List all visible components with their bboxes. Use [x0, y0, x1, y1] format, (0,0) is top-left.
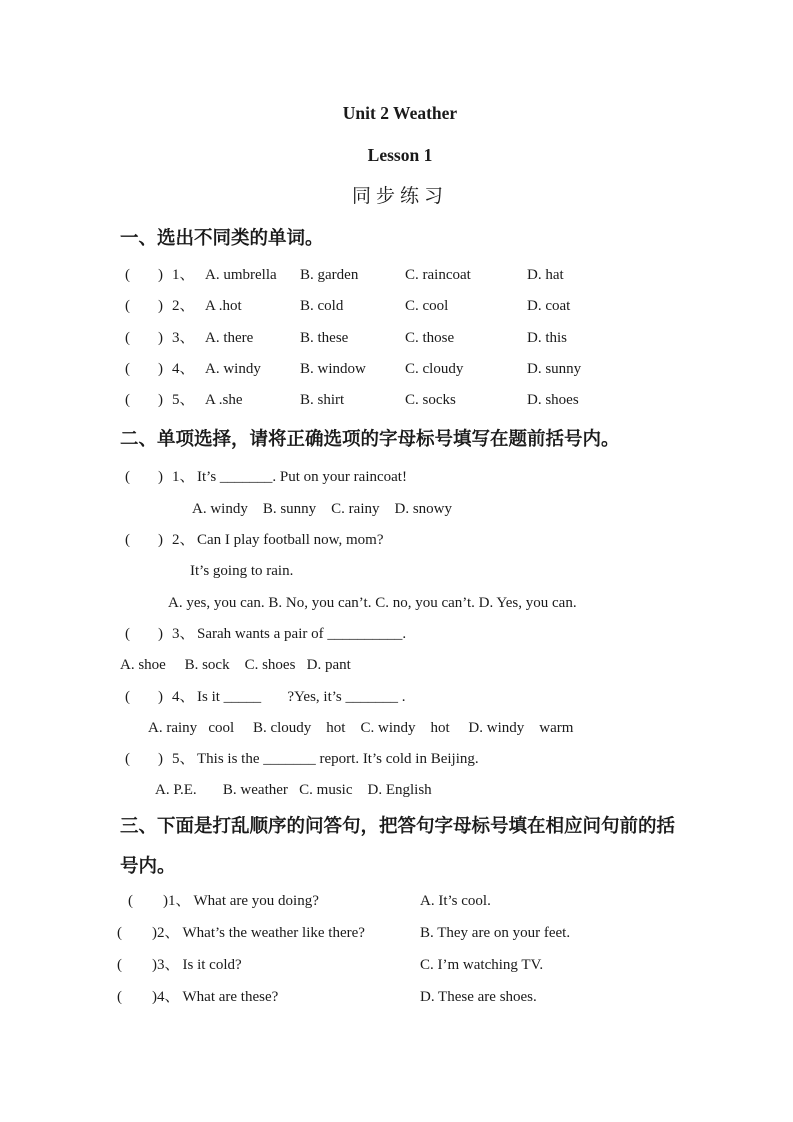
answer-bracket: ()5、: [125, 385, 205, 416]
open-paren: (: [125, 744, 158, 775]
question-number: 3、: [172, 626, 195, 642]
option-d: D. this: [527, 323, 567, 354]
answer-text: B. They are on your feet.: [420, 917, 570, 949]
option-d: D. shoes: [527, 385, 579, 416]
section-1-heading: 一、选出不同类的单词。: [120, 224, 680, 254]
section-1-items: ()1、A. umbrellaB. gardenC. raincoatD. ha…: [120, 260, 680, 416]
answer-bracket: ()4、: [125, 354, 205, 385]
close-paren-number: )3、: [152, 957, 180, 973]
answer-bracket: ()2、: [125, 291, 205, 322]
exercise-subtitle: 同步练习: [120, 176, 680, 218]
close-paren: ): [158, 751, 163, 767]
option-a: A .hot: [205, 291, 300, 322]
question-number: 2、: [172, 532, 195, 548]
options-text: It’s going to rain.: [190, 563, 293, 579]
option-b: B. garden: [300, 260, 405, 291]
options-line: A. windy B. sunny C. rainy D. snowy: [120, 494, 680, 525]
question-text: It’s _______. Put on your raincoat!: [197, 462, 407, 493]
matching-row: ()4、What are these?D. These are shoes.: [117, 981, 680, 1013]
options-line: A. rainy cool B. cloudy hot C. windy hot…: [120, 713, 680, 744]
options-text: A. windy B. sunny C. rainy D. snowy: [192, 501, 452, 517]
close-paren: ): [158, 626, 163, 642]
open-paren: (: [117, 917, 152, 949]
open-paren: (: [125, 260, 158, 291]
question-number: 4、: [172, 361, 195, 377]
open-paren: (: [128, 885, 163, 917]
answer-bracket: ()1、: [125, 260, 205, 291]
matching-question: ()1、What are you doing?: [117, 885, 420, 917]
close-paren: ): [158, 298, 163, 314]
option-a: A .she: [205, 385, 300, 416]
matching-row: ()3、Is it cold?C. I’m watching TV.: [117, 949, 680, 981]
options-line: A. shoe B. sock C. shoes D. pant: [120, 650, 680, 681]
options-text: A. shoe B. sock C. shoes D. pant: [120, 657, 351, 673]
option-d: D. hat: [527, 260, 564, 291]
section-3-items: ()1、What are you doing?A. It’s cool.()2、…: [120, 885, 680, 1013]
question-number: 2、: [172, 298, 195, 314]
close-paren: ): [158, 689, 163, 705]
question-text: What’s the weather like there?: [183, 925, 365, 941]
answer-text: D. These are shoes.: [420, 981, 537, 1013]
option-b: B. these: [300, 323, 405, 354]
open-paren: (: [125, 462, 158, 493]
close-paren: ): [158, 267, 163, 283]
option-a: A. there: [205, 323, 300, 354]
close-paren: ): [158, 392, 163, 408]
answer-bracket: ()4、: [125, 682, 197, 713]
option-c: C. cloudy: [405, 354, 527, 385]
lesson-title: Lesson 1: [120, 134, 680, 176]
option-a: A. umbrella: [205, 260, 300, 291]
question-line: ()1、It’s _______. Put on your raincoat!: [120, 462, 680, 493]
question-text: Sarah wants a pair of __________.: [197, 619, 406, 650]
question-line: ()3、Sarah wants a pair of __________.: [120, 619, 680, 650]
open-paren: (: [125, 682, 158, 713]
multiple-choice-row: ()3、A. thereB. theseC. thoseD. this: [120, 323, 680, 354]
question-line: ()4、Is it _____ ?Yes, it’s _______ .: [120, 682, 680, 713]
question-number: 5、: [172, 392, 195, 408]
question-text: Is it cold?: [183, 957, 242, 973]
section-3-heading: 三、下面是打乱顺序的问答句，把答句字母标号填在相应问句前的括号内。: [120, 807, 682, 887]
option-c: C. socks: [405, 385, 527, 416]
close-paren-number: )1、: [163, 893, 191, 909]
multiple-choice-row: ()4、A. windyB. windowC. cloudyD. sunny: [120, 354, 680, 385]
question-text: Is it _____ ?Yes, it’s _______ .: [197, 682, 406, 713]
options-text: A. P.E. B. weather C. music D. English: [155, 782, 432, 798]
answer-bracket: ()3、: [125, 323, 205, 354]
question-number: 1、: [172, 267, 195, 283]
options-text: A. yes, you can. B. No, you can’t. C. no…: [168, 595, 577, 611]
open-paren: (: [125, 619, 158, 650]
matching-question: ()4、What are these?: [117, 981, 420, 1013]
multiple-choice-row: ()5、A .sheB. shirtC. socksD. shoes: [120, 385, 680, 416]
multiple-choice-row: ()2、A .hotB. coldC. coolD. coat: [120, 291, 680, 322]
unit-title: Unit 2 Weather: [120, 92, 680, 134]
question-line: ()5、This is the _______ report. It’s col…: [120, 744, 680, 775]
options-line: A. yes, you can. B. No, you can’t. C. no…: [120, 588, 680, 619]
matching-question: ()2、What’s the weather like there?: [117, 917, 420, 949]
matching-row: ()1、What are you doing?A. It’s cool.: [117, 885, 680, 917]
option-b: B. window: [300, 354, 405, 385]
option-b: B. shirt: [300, 385, 405, 416]
close-paren: ): [158, 469, 163, 485]
title-block: Unit 2 Weather Lesson 1 同步练习: [120, 92, 680, 218]
worksheet-page: Unit 2 Weather Lesson 1 同步练习 一、选出不同类的单词。…: [0, 0, 793, 1122]
close-paren: ): [158, 330, 163, 346]
options-line: It’s going to rain.: [120, 556, 680, 587]
options-text: A. rainy cool B. cloudy hot C. windy hot…: [148, 720, 573, 736]
question-line: ()2、Can I play football now, mom?: [120, 525, 680, 556]
answer-text: C. I’m watching TV.: [420, 949, 543, 981]
question-number: 1、: [172, 469, 195, 485]
open-paren: (: [117, 949, 152, 981]
open-paren: (: [125, 323, 158, 354]
section-2-heading: 二、单项选择，请将正确选项的字母标号填写在题前括号内。: [120, 425, 680, 455]
close-paren-number: )4、: [152, 989, 180, 1005]
option-d: D. coat: [527, 291, 570, 322]
option-d: D. sunny: [527, 354, 581, 385]
answer-bracket: ()2、: [125, 525, 197, 556]
question-text: What are these?: [183, 989, 279, 1005]
option-b: B. cold: [300, 291, 405, 322]
close-paren-number: )2、: [152, 925, 180, 941]
answer-text: A. It’s cool.: [420, 885, 491, 917]
option-c: C. raincoat: [405, 260, 527, 291]
multiple-choice-row: ()1、A. umbrellaB. gardenC. raincoatD. ha…: [120, 260, 680, 291]
question-number: 3、: [172, 330, 195, 346]
matching-row: ()2、What’s the weather like there?B. The…: [117, 917, 680, 949]
question-number: 5、: [172, 751, 195, 767]
open-paren: (: [125, 291, 158, 322]
question-text: This is the _______ report. It’s cold in…: [197, 744, 479, 775]
option-a: A. windy: [205, 354, 300, 385]
question-number: 4、: [172, 689, 195, 705]
open-paren: (: [125, 525, 158, 556]
matching-question: ()3、Is it cold?: [117, 949, 420, 981]
open-paren: (: [117, 981, 152, 1013]
answer-bracket: ()1、: [125, 462, 197, 493]
options-line: A. P.E. B. weather C. music D. English: [120, 775, 680, 806]
close-paren: ): [158, 532, 163, 548]
open-paren: (: [125, 354, 158, 385]
option-c: C. cool: [405, 291, 527, 322]
section-2-items: ()1、It’s _______. Put on your raincoat!A…: [120, 462, 680, 806]
option-c: C. those: [405, 323, 527, 354]
close-paren: ): [158, 361, 163, 377]
answer-bracket: ()5、: [125, 744, 197, 775]
answer-bracket: ()3、: [125, 619, 197, 650]
question-text: Can I play football now, mom?: [197, 525, 384, 556]
question-text: What are you doing?: [194, 893, 319, 909]
open-paren: (: [125, 385, 158, 416]
